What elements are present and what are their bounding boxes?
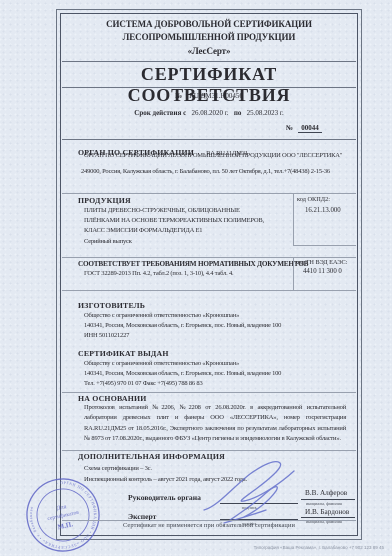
certification-body-address: 249000, Россия, Калужская область, г. Ба… — [81, 168, 330, 175]
manufacturer-name: Общество с ограниченной ответственностью… — [84, 312, 239, 319]
system-name-line2: ЛЕСОПРОМЫШЛЕННОЙ ПРОДУКЦИИ — [62, 32, 356, 42]
conformity-document: ГОСТ 32289-2013 Пп. 4.2, табл.2 (поз. 1,… — [84, 270, 233, 277]
divider — [62, 257, 356, 258]
blank-number-row: № 00044 — [286, 124, 322, 132]
round-stamp: • ОРГАН ПО СЕРТИФИКАЦИИ • ООО «ЛЕССЕРТИК… — [17, 469, 110, 556]
divider — [62, 520, 356, 521]
cert-number-value: RU.ДМ31.Н00456 — [189, 92, 243, 100]
okpd-code-value: 16.21.13.000 — [305, 207, 341, 214]
production-line1: ПЛИТЫ ДРЕВЕСНО-СТРУЖЕЧНЫЕ, ОБЛИЦОВАННЫЕ — [84, 207, 240, 214]
production-line2: ПЛЁНКАМИ НА ОСНОВЕ ТЕРМОРЕАКТИВНЫХ ПОЛИМ… — [84, 217, 264, 224]
head-role-label: Руководитель органа — [128, 493, 201, 502]
okpd-box-bottom — [293, 245, 356, 246]
validity-from-date: 26.08.2020 г. — [191, 109, 228, 117]
issued-to-phone: Тел. +7(495) 970 01 07 Факс +7(495) 788 … — [84, 380, 203, 387]
blank-number-value: 00044 — [298, 124, 322, 133]
divider — [62, 290, 356, 291]
okpd-code-label: код ОКПД2: — [297, 196, 330, 203]
manufacturer-address: 140341, Россия, Московская область, г. Е… — [84, 322, 281, 329]
validity-row: Срок действия с 26.08.2020 г. по 25.08.2… — [62, 109, 356, 117]
print-shop-credit: Типография «Ваша Реклама», г. Балабаново… — [254, 545, 384, 550]
system-name-line1: СИСТЕМА ДОБРОВОЛЬНОЙ СЕРТИФИКАЦИИ — [62, 19, 356, 29]
basis-label: НА ОСНОВАНИИ — [78, 394, 147, 403]
production-release-type: Серийный выпуск — [84, 238, 132, 245]
cert-number-row: № RU.ДМ31.Н00456 — [62, 92, 356, 100]
footer-note: Сертификат не применяется при обязательн… — [62, 522, 356, 529]
tnved-box-border — [293, 257, 294, 290]
issued-to-address: 140341, Россия, Московская область, г. Е… — [84, 370, 281, 377]
tnved-code-label: код ТН ВЭД ЕАЭС: — [295, 259, 348, 266]
issued-to-name: Обществу с ограниченной ответственностью… — [84, 360, 239, 367]
issued-to-label: СЕРТИФИКАТ ВЫДАН — [78, 349, 169, 358]
handwritten-signature — [196, 456, 326, 528]
divider — [62, 193, 356, 194]
validity-label-from: Срок действия с — [134, 109, 186, 117]
divider — [62, 139, 356, 140]
additional-scheme: Схема сертификации – 3с. — [84, 465, 152, 472]
tnved-code-value: 4410 11 300 0 — [303, 268, 342, 275]
validity-label-to: по — [234, 109, 242, 117]
manufacturer-inn: ИНН 5011021227 — [84, 332, 129, 339]
divider — [62, 61, 356, 62]
validity-to-date: 25.08.2023 г. — [247, 109, 284, 117]
divider — [62, 450, 356, 451]
blank-number-label: № — [286, 124, 293, 132]
okpd-box-border — [293, 193, 294, 245]
divider — [62, 87, 356, 88]
certification-body-name: ОРГАН ПО СЕРТИФИКАЦИИ ЛЕСОПРОМЫШЛЕННОЙ П… — [84, 152, 342, 159]
cert-number-label: № — [175, 92, 182, 100]
system-name-line3: «ЛесСерт» — [62, 46, 356, 56]
production-label: ПРОДУКЦИЯ — [78, 196, 131, 205]
production-line3: КЛАСС ЭМИССИИ ФОРМАЛЬДЕГИДА Е1 — [84, 227, 202, 234]
manufacturer-label: ИЗГОТОВИТЕЛЬ — [78, 301, 145, 310]
stamp-line1: Для — [56, 504, 67, 512]
conformity-label: СООТВЕТСТВУЕТ ТРЕБОВАНИЯМ НОРМАТИВНЫХ ДО… — [78, 260, 308, 268]
certificate-page: СИСТЕМА ДОБРОВОЛЬНОЙ СЕРТИФИКАЦИИ ЛЕСОПР… — [0, 0, 392, 556]
divider — [62, 392, 356, 393]
basis-text: Протоколов испытаний №2206, №2208 от 26.… — [84, 403, 346, 445]
